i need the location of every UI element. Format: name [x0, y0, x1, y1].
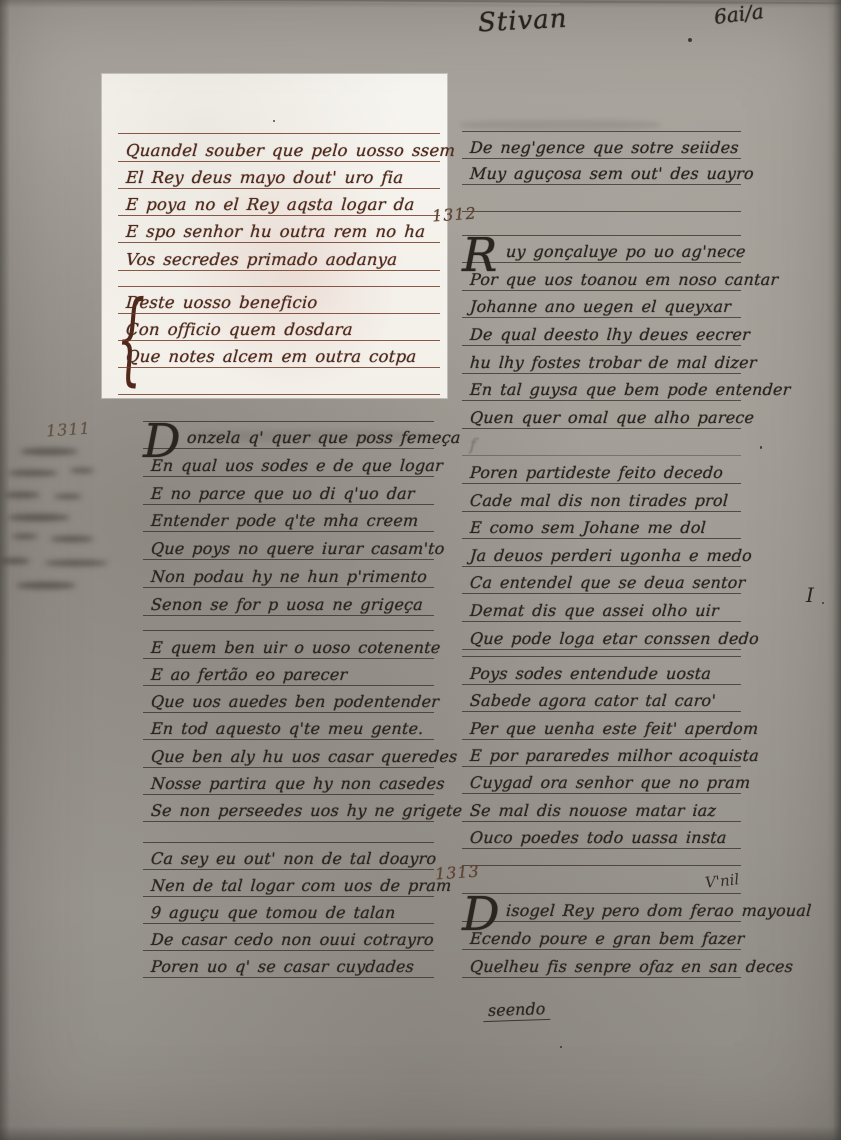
verse-line: En tal guysa que bem pode entender	[462, 374, 741, 402]
dust-speck	[560, 1046, 562, 1048]
verse-line: Ja deuos perderi ugonha e medo	[462, 539, 741, 567]
verse-line: Que notes alcem em outra cotpa	[118, 341, 440, 368]
verse-text: Ca sey eu out' non de tal doayro	[142, 849, 437, 869]
left-stanza-equem: E quem ben uir o uoso cotenenteE ao fert…	[143, 604, 434, 822]
ink-bleedthrough	[0, 558, 30, 564]
dust-speck	[760, 446, 762, 449]
right-stanza-1312-second: Poys sodes entendude uostaSabede agora c…	[462, 630, 741, 849]
verse-line: Poren partideste feito decedo	[462, 456, 741, 484]
verse-line: E por pararedes milhor acoquista	[462, 740, 741, 767]
author-attribution: Stivan	[477, 4, 568, 39]
verse-text: E como sem Johane me dol	[461, 518, 706, 538]
verse-line: Quen quer omal que alho parece	[462, 401, 741, 429]
verse-line: E quem ben uir o uoso cotenente	[143, 631, 434, 658]
verse-text: Nen de tal logar com uos de pram	[142, 876, 452, 896]
verse-line: E spo senhor hu outra rem no ha	[118, 216, 440, 243]
verse-line: De qual deesto lhy deues eecrer	[462, 318, 741, 346]
verse-text: Quen quer omal que alho parece	[461, 408, 755, 428]
verse-text: Ecendo poure e gran bem fazer	[461, 929, 745, 949]
ink-bleedthrough	[54, 494, 82, 499]
ruled-line	[462, 866, 741, 894]
ink-bleedthrough	[70, 468, 94, 473]
verse-text: Muy aguçosa sem out' des uayro	[461, 164, 754, 184]
verse-line: Que ben aly hu uos casar queredes	[143, 740, 434, 767]
dust-speck	[688, 38, 692, 42]
song-number-1312: 1312	[431, 203, 477, 225]
verse-line: Nosse partira que hy non casedes	[143, 768, 434, 795]
verse-line: Johanne ano uegen el queyxar	[462, 291, 741, 319]
right-stanza-1313: Disogel Rey pero dom ferao mayoualEcendo…	[462, 838, 741, 978]
verse-line: Quelheu fis senpre ofaz en san deces	[462, 950, 741, 978]
verse-line: Per que uenha este feit' aperdom	[462, 712, 741, 739]
page-edge-shadow-left	[0, 0, 10, 1140]
dust-speck	[822, 602, 824, 604]
verse-text: E poya no el Rey aqsta logar da	[117, 195, 415, 215]
ruled-line	[143, 816, 434, 843]
left-stanza-casey: Ca sey eu out' non de tal doayroNen de t…	[143, 816, 434, 978]
verse-text	[118, 285, 126, 286]
verse-text: f	[461, 435, 477, 455]
ink-bleedthrough	[8, 514, 70, 521]
verse-text: Ca entendel que se deua sentor	[461, 573, 746, 593]
verse-text	[118, 132, 126, 133]
verse-line: Ca sey eu out' non de tal doayro	[143, 843, 434, 870]
verse-line: Ecendo poure e gran bem fazer	[462, 922, 741, 950]
verse-line: De casar cedo non ouui cotrayro	[143, 924, 434, 951]
illuminated-initial: D	[143, 418, 181, 465]
verse-line: De neg'gence que sotre seiides	[462, 132, 741, 159]
ink-bleedthrough	[16, 582, 76, 589]
verse-text: Que uos auedes ben podentender	[142, 692, 439, 712]
verse-text: Poren partideste feito decedo	[461, 463, 724, 483]
verse-line: Disogel Rey pero dom ferao mayoual	[462, 894, 741, 922]
verse-text: Deste uosso beneficio	[117, 293, 318, 313]
verse-line: Ca entendel que se deua sentor	[462, 567, 741, 595]
verse-line: Donzela q' quer que poss femeça	[143, 422, 434, 450]
verse-line: E poya no el Rey aqsta logar da	[118, 189, 440, 216]
verse-text: Que ben aly hu uos casar queredes	[142, 747, 458, 767]
verse-text: Por que uos toanou em noso cantar	[461, 270, 779, 290]
verse-text: Entender pode q'te mha creem	[142, 511, 419, 531]
verse-line: f	[462, 429, 741, 457]
verse-text: uy gonçaluye po uo ag'nece	[461, 242, 746, 262]
verse-text: Que poys no quere iurar casam'to	[142, 539, 445, 559]
verse-text: hu lhy fostes trobar de mal dizer	[461, 353, 757, 373]
ruled-line	[118, 368, 440, 395]
verse-line: 9 aguçu que tomou de talan	[143, 897, 434, 924]
verse-line: Quandel souber que pelo uosso ssem	[118, 134, 440, 161]
ruled-line	[118, 260, 440, 287]
verse-text: Cade mal dis non tirades prol	[461, 491, 729, 511]
verse-line: Nen de tal logar com uos de pram	[143, 870, 434, 897]
ruled-line	[143, 394, 434, 422]
verse-text: Demat dis que assei olho uir	[461, 601, 719, 621]
verse-text: Se mal dis nouose matar iaz	[461, 801, 717, 821]
left-stanza-donzela: Donzela q' quer que poss femeçaEn qual u…	[143, 394, 434, 616]
catchword: seendo	[483, 999, 551, 1022]
margin-stroke-mark: I	[806, 583, 814, 607]
verse-text: Per que uenha este feit' aperdom	[461, 719, 759, 739]
verse-text	[118, 393, 126, 394]
ink-bleedthrough	[4, 492, 40, 498]
verse-text: E no parce que uo di q'uo dar	[142, 484, 415, 504]
manuscript-page: Stivan 6ai/a 1311 1312 1313 V'nil I { Qu…	[0, 0, 841, 1140]
verse-line: Muy aguçosa sem out' des uayro	[462, 159, 741, 186]
verse-text	[462, 130, 470, 131]
verse-text	[143, 629, 151, 630]
ruled-line	[462, 630, 741, 657]
song-number-1311: 1311	[45, 418, 91, 440]
verse-text: En qual uos sodes e de que logar	[142, 456, 443, 476]
verse-text: Poys sodes entendude uosta	[461, 664, 711, 684]
verse-text: Ja deuos perderi ugonha e medo	[461, 546, 752, 566]
ink-bleedthrough	[44, 560, 108, 566]
verse-text: E ao fertão eo parecer	[142, 665, 348, 685]
ink-bleedthrough	[8, 470, 58, 476]
verse-text: Quandel souber que pelo uosso ssem	[117, 141, 456, 161]
verse-line: E como sem Johane me dol	[462, 512, 741, 540]
verse-line: Non podau hy ne hun p'rimento	[143, 560, 434, 588]
verse-text: 9 aguçu que tomou de talan	[142, 903, 396, 923]
illuminated-initial: R	[462, 232, 497, 279]
verse-text: Quelheu fis senpre ofaz en san deces	[461, 957, 794, 977]
verse-text	[462, 655, 470, 656]
verse-line: Deste uosso beneficio	[118, 287, 440, 314]
verse-line: Poren uo q' se casar cuydades	[143, 951, 434, 978]
verse-line: Entender pode q'te mha creem	[143, 505, 434, 533]
verse-text	[143, 841, 151, 842]
ruled-line	[143, 604, 434, 631]
verse-text: onzela q' quer que poss femeça	[142, 428, 461, 448]
verse-text: El Rey deus mayo dout' uro fia	[117, 168, 404, 188]
verse-text: E quem ben uir o uoso cotenente	[142, 638, 441, 658]
verse-line: Demat dis que assei olho uir	[462, 594, 741, 622]
ruled-line	[462, 105, 741, 132]
verse-line: Se mal dis nouose matar iaz	[462, 794, 741, 821]
verse-text: De qual deesto lhy deues eecrer	[461, 325, 750, 345]
verse-line: Por que uos toanou em noso cantar	[462, 263, 741, 291]
verse-text: Non podau hy ne hun p'rimento	[142, 567, 427, 587]
ink-bleedthrough	[50, 536, 94, 542]
verse-text: Sabede agora cator tal caro'	[461, 691, 716, 711]
verse-text: Poren uo q' se casar cuydades	[142, 957, 414, 977]
verse-text: De neg'gence que sotre seiides	[461, 138, 739, 158]
highlighted-stanza-2: Deste uosso beneficioCon officio quem do…	[118, 260, 440, 395]
verse-line: Poys sodes entendude uosta	[462, 657, 741, 684]
right-margin-note: V'nil	[704, 870, 740, 891]
verse-line: Cade mal dis non tirades prol	[462, 484, 741, 512]
ruled-line	[462, 838, 741, 866]
verse-line: Cuygad ora senhor que no pram	[462, 767, 741, 794]
verse-line: Que uos auedes ben podentender	[143, 686, 434, 713]
verse-text: Cuygad ora senhor que no pram	[461, 773, 751, 793]
verse-text: isogel Rey pero dom ferao mayoual	[461, 901, 812, 921]
highlighted-stanza-1: Quandel souber que pelo uosso ssemEl Rey…	[118, 107, 440, 271]
page-edge-shadow-bottom	[0, 1126, 841, 1140]
verse-text: Con officio quem dosdara	[117, 320, 353, 340]
verse-line: Sabede agora cator tal caro'	[462, 685, 741, 712]
song-number-1313: 1313	[434, 861, 480, 883]
right-stanza-end-previous: De neg'gence que sotre seiidesMuy aguços…	[462, 105, 741, 212]
page-edge-shadow-right	[827, 0, 841, 1140]
verse-line: Con officio quem dosdara	[118, 314, 440, 341]
ink-bleedthrough	[20, 448, 78, 455]
verse-text: De casar cedo non ouui cotrayro	[142, 930, 434, 950]
right-stanza-1312-first: Ruy gonçaluye po uo ag'necePor que uos t…	[462, 208, 741, 650]
ink-bleedthrough	[12, 534, 38, 539]
ruled-line	[462, 208, 741, 236]
verse-line: El Rey deus mayo dout' uro fia	[118, 162, 440, 189]
verse-line: hu lhy fostes trobar de mal dizer	[462, 346, 741, 374]
verse-text: Que notes alcem em outra cotpa	[117, 347, 417, 367]
verse-line: En qual uos sodes e de que logar	[143, 449, 434, 477]
verse-line: Que poys no quere iurar casam'to	[143, 532, 434, 560]
verse-line: E ao fertão eo parecer	[143, 659, 434, 686]
verse-line: En tod aquesto q'te meu gente.	[143, 713, 434, 740]
folio-number-mark: 6ai/a	[713, 0, 765, 29]
verse-text: En tal guysa que bem pode entender	[461, 380, 791, 400]
verse-text: Johanne ano uegen el queyxar	[461, 297, 731, 317]
verse-text: E spo senhor hu outra rem no ha	[117, 222, 426, 242]
illuminated-initial: D	[462, 891, 500, 938]
ruled-line	[118, 107, 440, 134]
verse-text: E por pararedes milhor acoquista	[461, 746, 759, 766]
verse-text: En tod aquesto q'te meu gente.	[142, 719, 424, 739]
verse-line: E no parce que uo di q'uo dar	[143, 477, 434, 505]
verse-text: Nosse partira que hy non casedes	[142, 774, 445, 794]
verse-line: Ruy gonçaluye po uo ag'nece	[462, 236, 741, 264]
